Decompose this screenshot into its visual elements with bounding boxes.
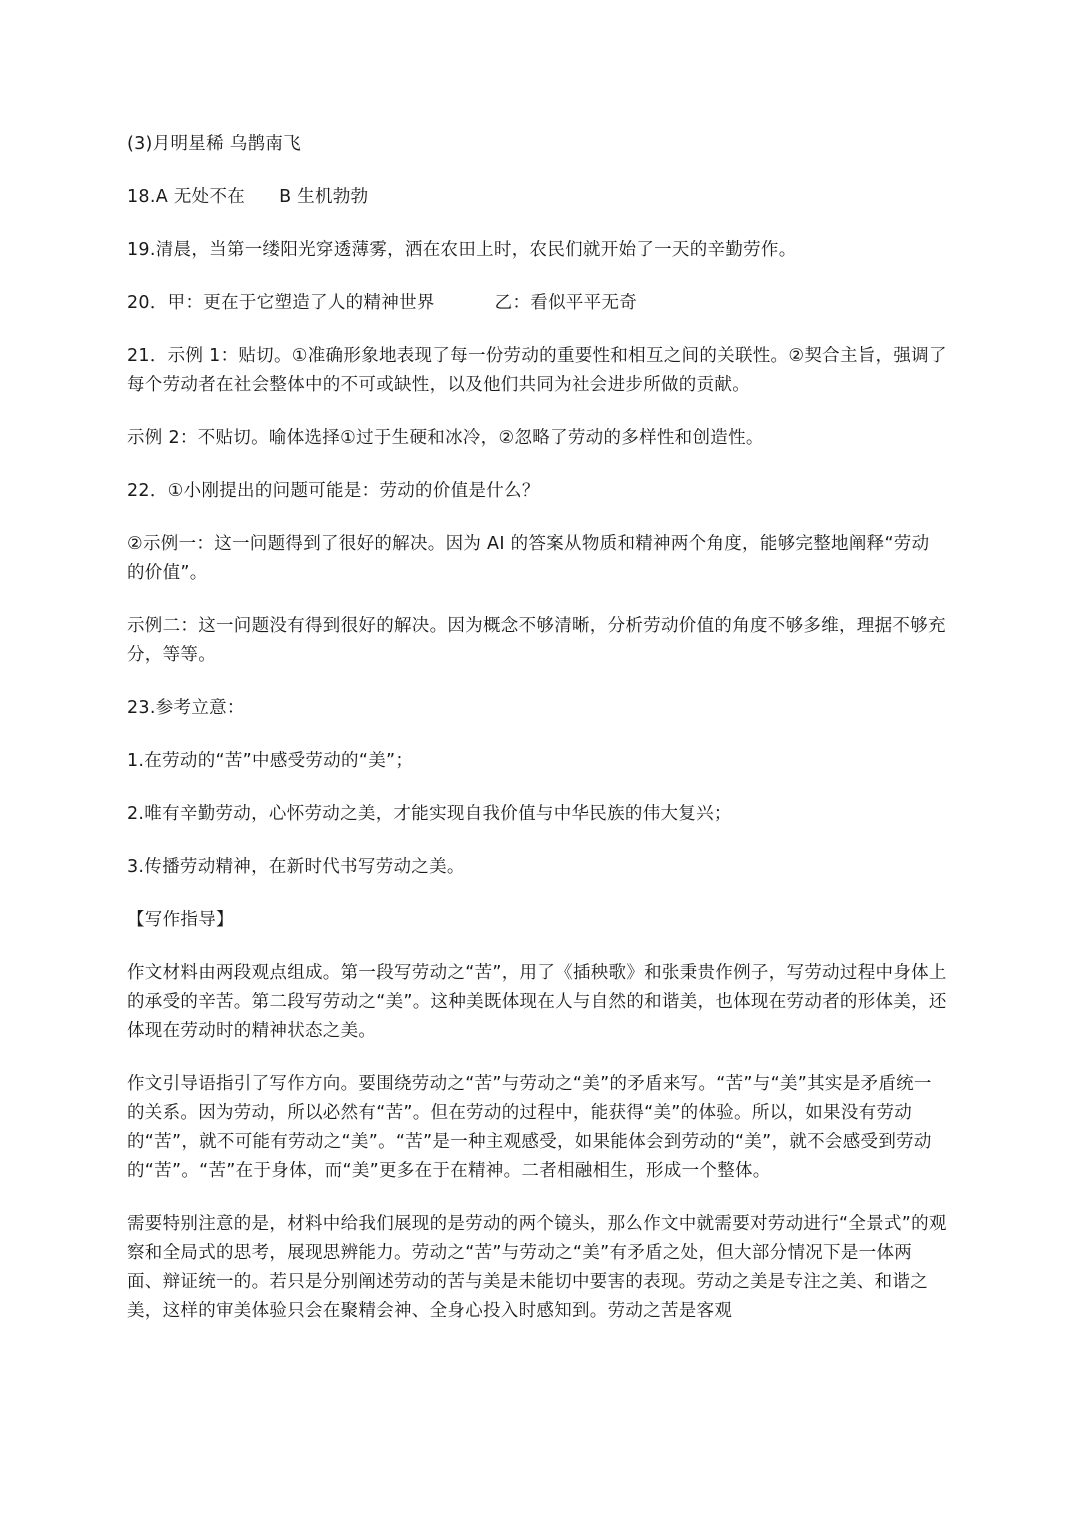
answer-document: (3)月明星稀 乌鹊南飞 18.A 无处不在B 生机勃勃 19.清晨，当第一缕阳… (127, 130, 947, 1350)
answer-21-example-1: 21．示例 1：贴切。①准确形象地表现了每一份劳动的重要性和相互之间的关联性。②… (127, 342, 947, 400)
answer-17-3: (3)月明星稀 乌鹊南飞 (127, 130, 947, 159)
answer-18: 18.A 无处不在B 生机勃勃 (127, 183, 947, 212)
answer-19: 19.清晨，当第一缕阳光穿透薄雾，洒在农田上时，农民们就开始了一天的辛勤劳作。 (127, 236, 947, 265)
idea-item-3: 3.传播劳动精神，在新时代书写劳动之美。 (127, 853, 947, 882)
answer-22-example-1: ②示例一：这一问题得到了很好的解决。因为 AI 的答案从物质和精神两个角度，能够… (127, 530, 947, 588)
writing-guide-heading: 【写作指导】 (127, 906, 947, 935)
writing-guide-paragraph-3: 需要特别注意的是，材料中给我们展现的是劳动的两个镜头，那么作文中就需要对劳动进行… (127, 1210, 947, 1326)
answer-18-a: 18.A 无处不在 (127, 187, 245, 207)
writing-guide-paragraph-1: 作文材料由两段观点组成。第一段写劳动之“苦”，用了《插秧歌》和张秉贵作例子，写劳… (127, 959, 947, 1046)
answer-20: 20．甲：更在于它塑造了人的精神世界乙：看似平平无奇 (127, 289, 947, 318)
answer-22-part-1: 22．①小刚提出的问题可能是：劳动的价值是什么？ (127, 477, 947, 506)
answer-20-jia: 20．甲：更在于它塑造了人的精神世界 (127, 293, 435, 313)
answer-21-example-2: 示例 2：不贴切。喻体选择①过于生硬和冰冷，②忽略了劳动的多样性和创造性。 (127, 424, 947, 453)
answer-18-b: B 生机勃勃 (279, 187, 368, 207)
answer-22-example-2: 示例二：这一问题没有得到很好的解决。因为概念不够清晰，分析劳动价值的角度不够多维… (127, 612, 947, 670)
idea-item-2: 2.唯有辛勤劳动，心怀劳动之美，才能实现自我价值与中华民族的伟大复兴； (127, 800, 947, 829)
answer-23-heading: 23.参考立意： (127, 694, 947, 723)
answer-20-yi: 乙：看似平平无奇 (495, 293, 637, 313)
writing-guide-paragraph-2: 作文引导语指引了写作方向。要围绕劳动之“苦”与劳动之“美”的矛盾来写。“苦”与“… (127, 1070, 947, 1186)
idea-item-1: 1.在劳动的“苦”中感受劳动的“美”； (127, 747, 947, 776)
